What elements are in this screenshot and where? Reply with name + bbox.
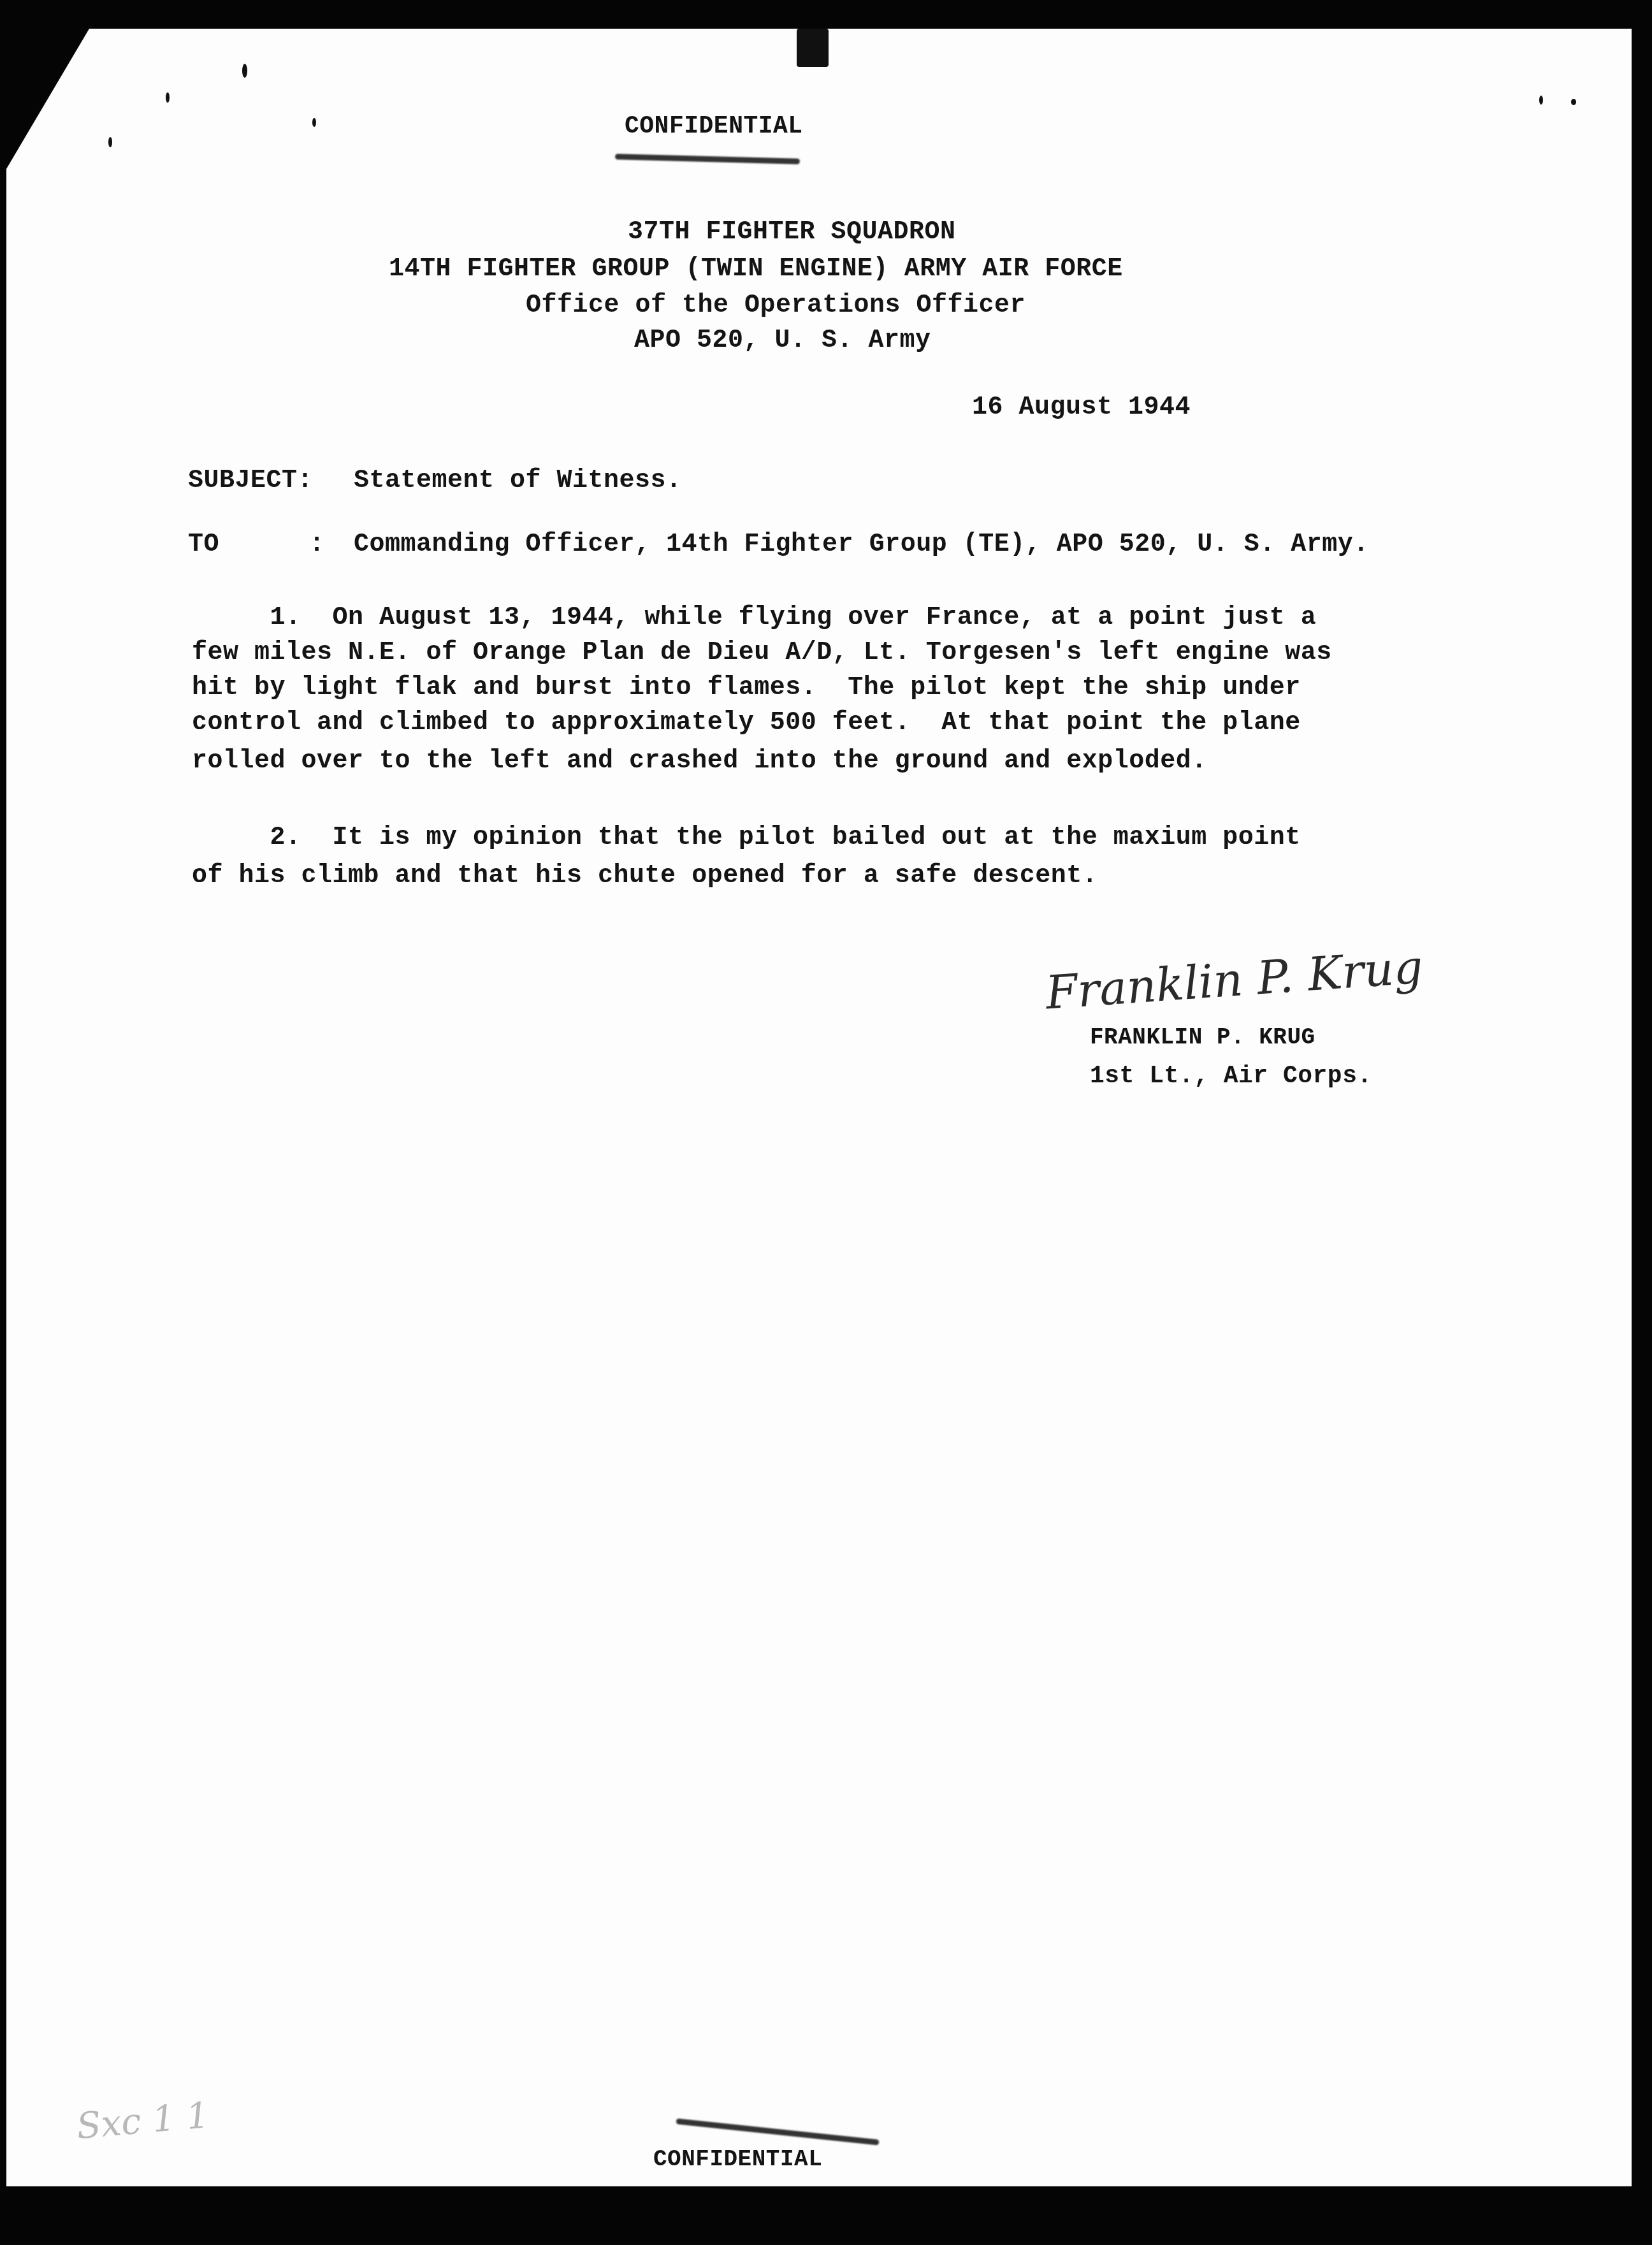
scan-speck — [1539, 96, 1543, 105]
signer-rank: 1st Lt., Air Corps. — [1090, 1064, 1372, 1089]
paragraph-line: 2. It is my opinion that the pilot baile… — [192, 825, 1301, 851]
paragraph-line: of his climb and that his chute opened f… — [192, 864, 1098, 889]
document-page: CONFIDENTIAL 37TH FIGHTER SQUADRON 14TH … — [6, 29, 1632, 2186]
subject-value: Statement of Witness. — [354, 469, 682, 494]
unit-apo: APO 520, U. S. Army — [634, 328, 931, 354]
handwritten-signature: Franklin P. Krug — [1044, 940, 1424, 1019]
unit-squadron: 37TH FIGHTER SQUADRON — [628, 220, 956, 245]
pencil-margin-note: Sxc 1 1 — [75, 2095, 211, 2147]
subject-label: SUBJECT: — [188, 469, 313, 494]
classification-underline — [615, 154, 800, 164]
scan-speck — [1571, 99, 1576, 105]
paragraph-line: hit by light flak and burst into flames.… — [192, 676, 1301, 701]
scan-speck — [108, 137, 112, 147]
scan-speck — [797, 29, 829, 67]
classification-bottom: CONFIDENTIAL — [653, 2148, 822, 2171]
classification-top: CONFIDENTIAL — [625, 115, 803, 139]
paragraph-line: rolled over to the left and crashed into… — [192, 749, 1207, 774]
scan-speck — [242, 64, 247, 78]
scan-speck — [312, 118, 316, 127]
to-value: Commanding Officer, 14th Fighter Group (… — [354, 532, 1369, 558]
to-colon: : — [309, 532, 325, 558]
to-label: TO — [188, 532, 219, 558]
letter-date: 16 August 1944 — [972, 395, 1191, 421]
unit-office: Office of the Operations Officer — [526, 293, 1025, 319]
paragraph-line: few miles N.E. of Orange Plan de Dieu A/… — [192, 641, 1332, 666]
classification-overline — [676, 2118, 879, 2145]
signer-name: FRANKLIN P. KRUG — [1090, 1026, 1315, 1049]
scan-speck — [166, 92, 170, 103]
paragraph-line: control and climbed to approximately 500… — [192, 711, 1301, 736]
paragraph-line: 1. On August 13, 1944, while flying over… — [192, 606, 1316, 631]
unit-group: 14TH FIGHTER GROUP (TWIN ENGINE) ARMY AI… — [389, 257, 1123, 282]
